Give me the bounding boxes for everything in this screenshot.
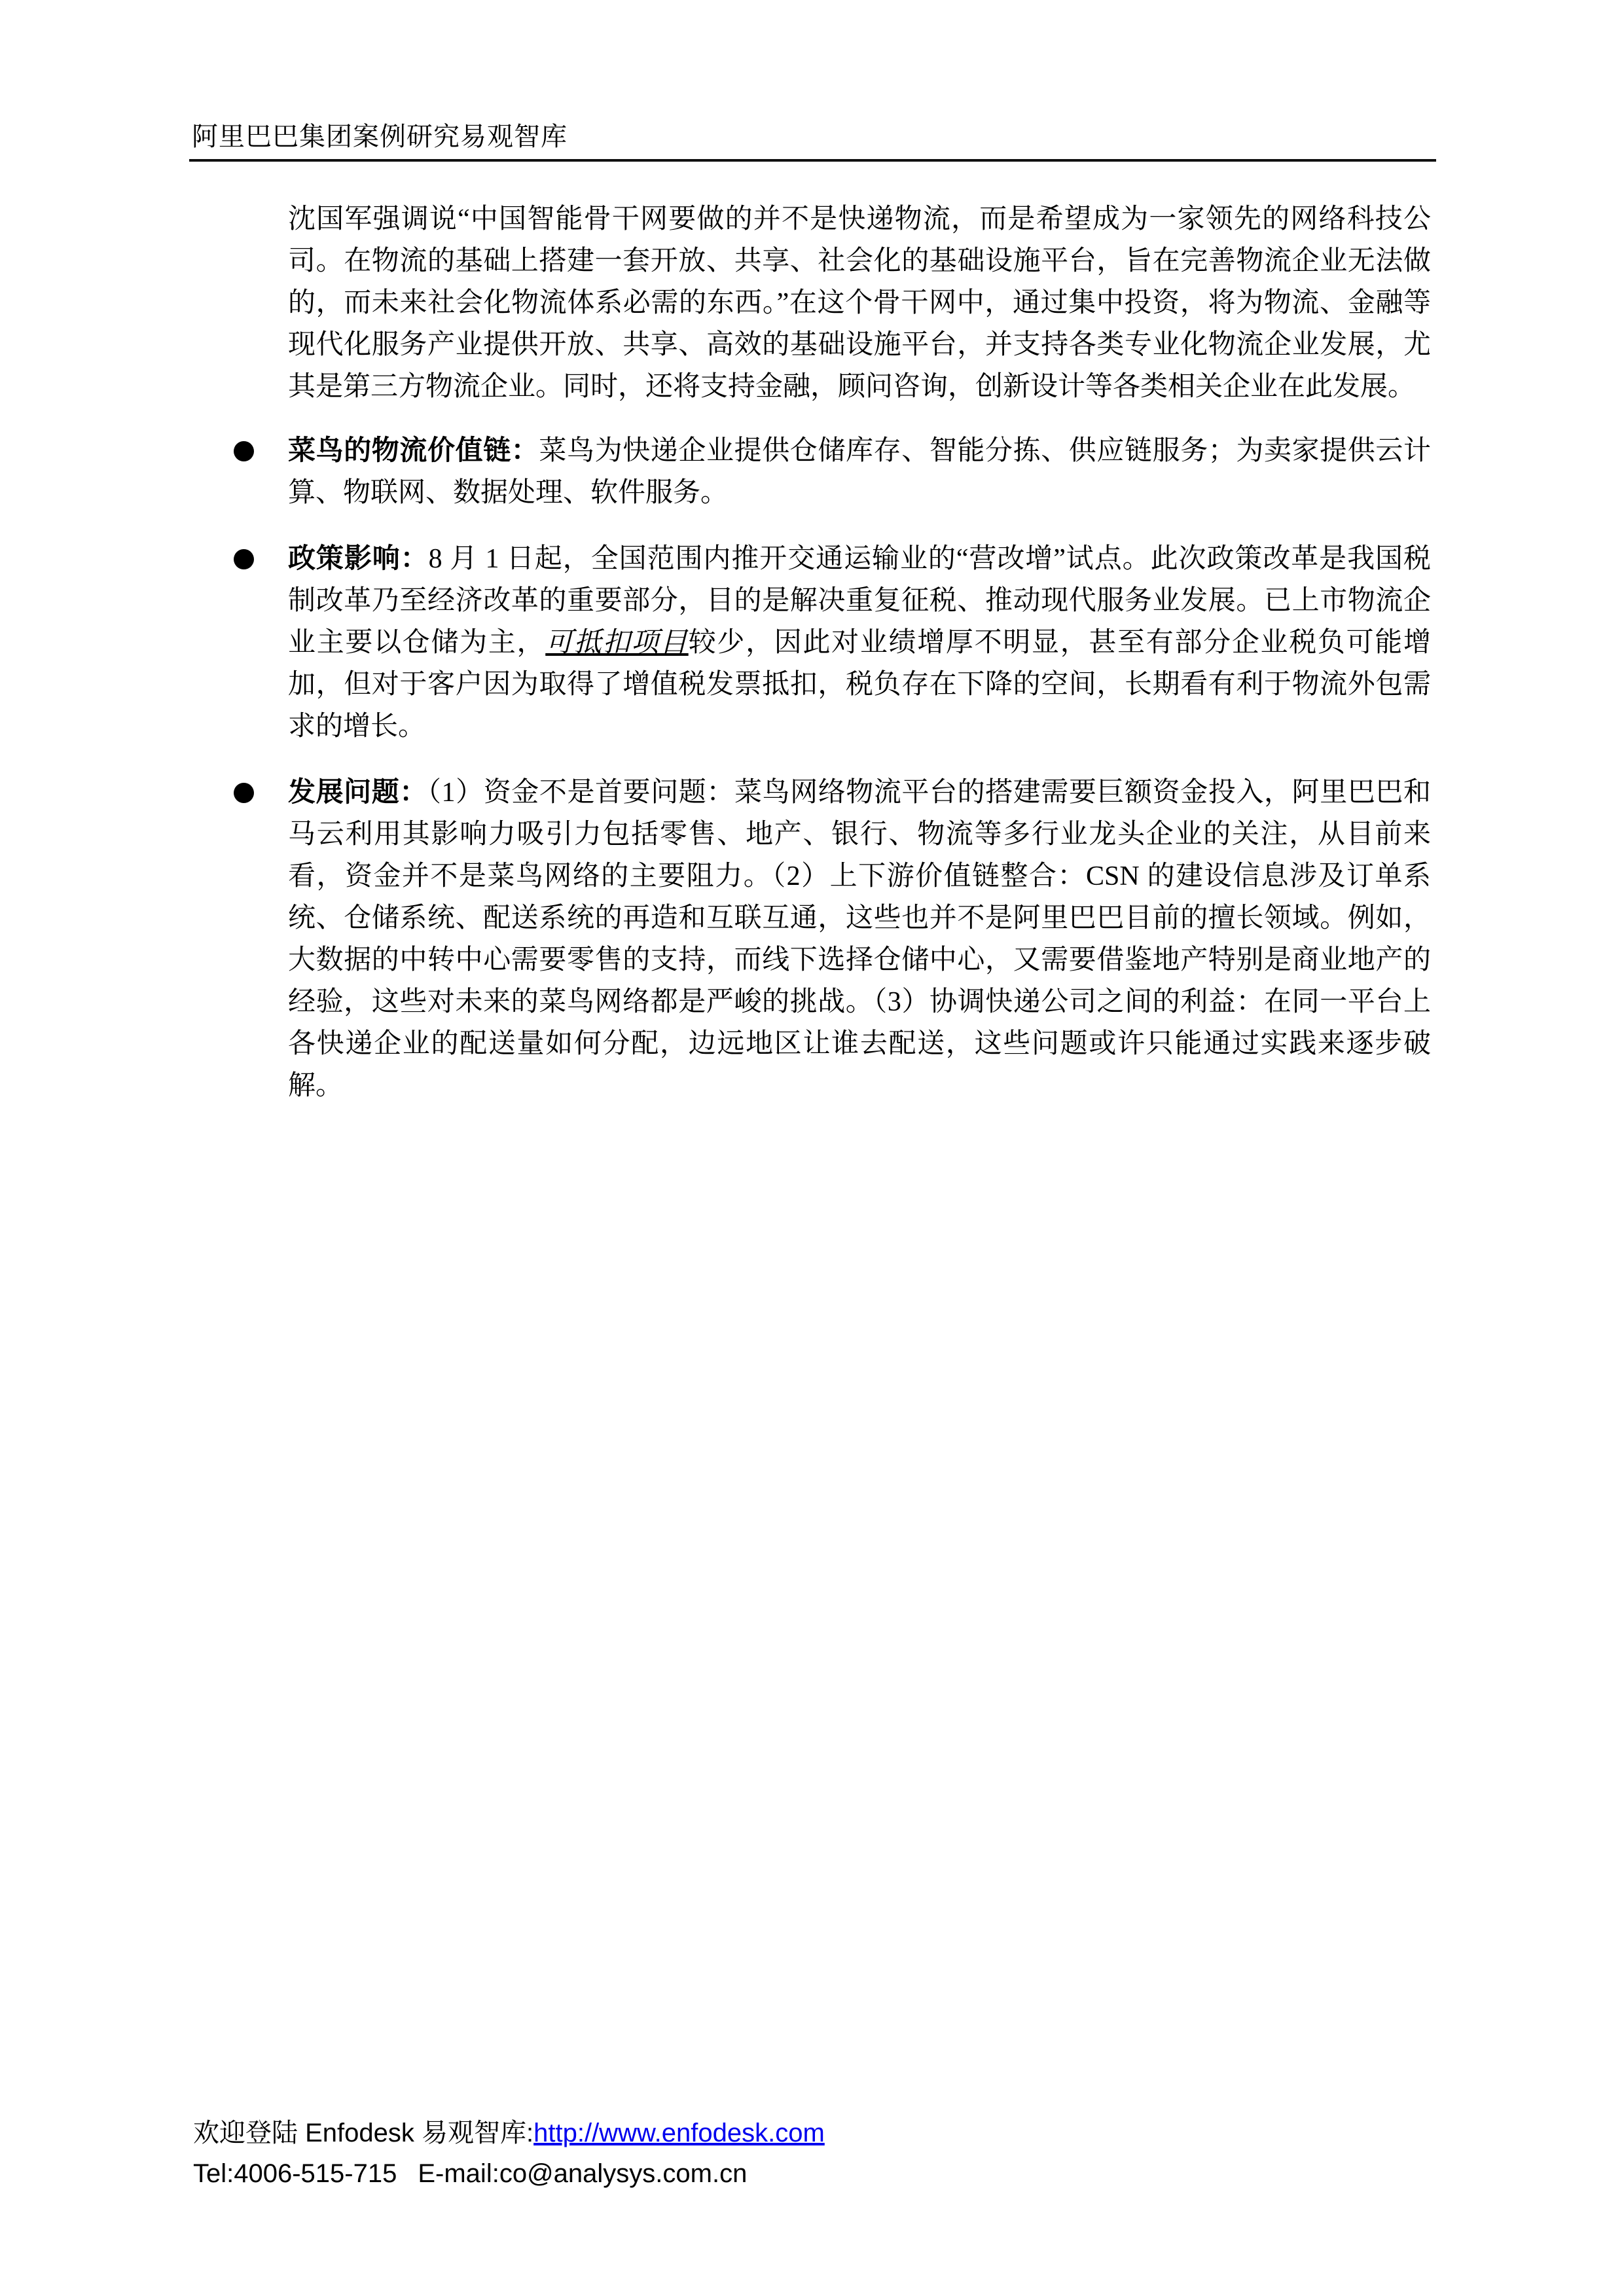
footer-welcome-line: 欢迎登陆 Enfodesk 易观智库:http://www.enfodesk.c…: [193, 2113, 825, 2153]
page-header-title: 阿里巴巴集团案例研究易观智库: [192, 122, 568, 152]
bullet-text: （1）资金不是首要问题：菜鸟网络物流平台的搭建需要巨额资金投入，阿里巴巴和马云利…: [288, 778, 1431, 1101]
page-footer: 欢迎登陆 Enfodesk 易观智库:http://www.enfodesk.c…: [193, 2113, 825, 2194]
bullet-label: 菜鸟的物流价值链：: [288, 436, 539, 466]
bullet-marker-icon: [234, 441, 254, 461]
footer-website-link[interactable]: http://www.enfodesk.com: [533, 2119, 825, 2147]
footer-welcome-text: 欢迎登陆 Enfodesk 易观智库:: [193, 2119, 533, 2147]
bullet-item-logistics-value-chain: 菜鸟的物流价值链：菜鸟为快递企业提供仓储库存、智能分拣、供应链服务；为卖家提供云…: [288, 430, 1431, 514]
bullet-marker-icon: [234, 549, 254, 569]
underlined-emphasis-text: 可抵扣项目: [545, 628, 688, 658]
bullet-item-development-issues: 发展问题：（1）资金不是首要问题：菜鸟网络物流平台的搭建需要巨额资金投入，阿里巴…: [288, 772, 1431, 1107]
bullet-label: 发展问题：: [288, 778, 427, 808]
bullet-marker-icon: [234, 783, 254, 803]
header-divider-rule: [189, 159, 1436, 162]
bullet-item-policy-impact: 政策影响：8 月 1 日起，全国范围内推开交通运输业的“营改增”试点。此次政策改…: [288, 538, 1431, 747]
bullet-label: 政策影响：: [288, 544, 429, 574]
document-page: 阿里巴巴集团案例研究易观智库 沈国军强调说“中国智能骨干网要做的并不是快递物流，…: [0, 0, 1624, 2296]
footer-email: E-mail:co@analysys.com.cn: [418, 2159, 747, 2188]
document-body: 沈国军强调说“中国智能骨干网要做的并不是快递物流，而是希望成为一家领先的网络科技…: [288, 198, 1431, 1107]
footer-contact-line: Tel:4006-515-715E-mail:co@analysys.com.c…: [193, 2153, 825, 2194]
intro-paragraph: 沈国军强调说“中国智能骨干网要做的并不是快递物流，而是希望成为一家领先的网络科技…: [288, 198, 1431, 408]
footer-telephone: Tel:4006-515-715: [193, 2159, 397, 2188]
